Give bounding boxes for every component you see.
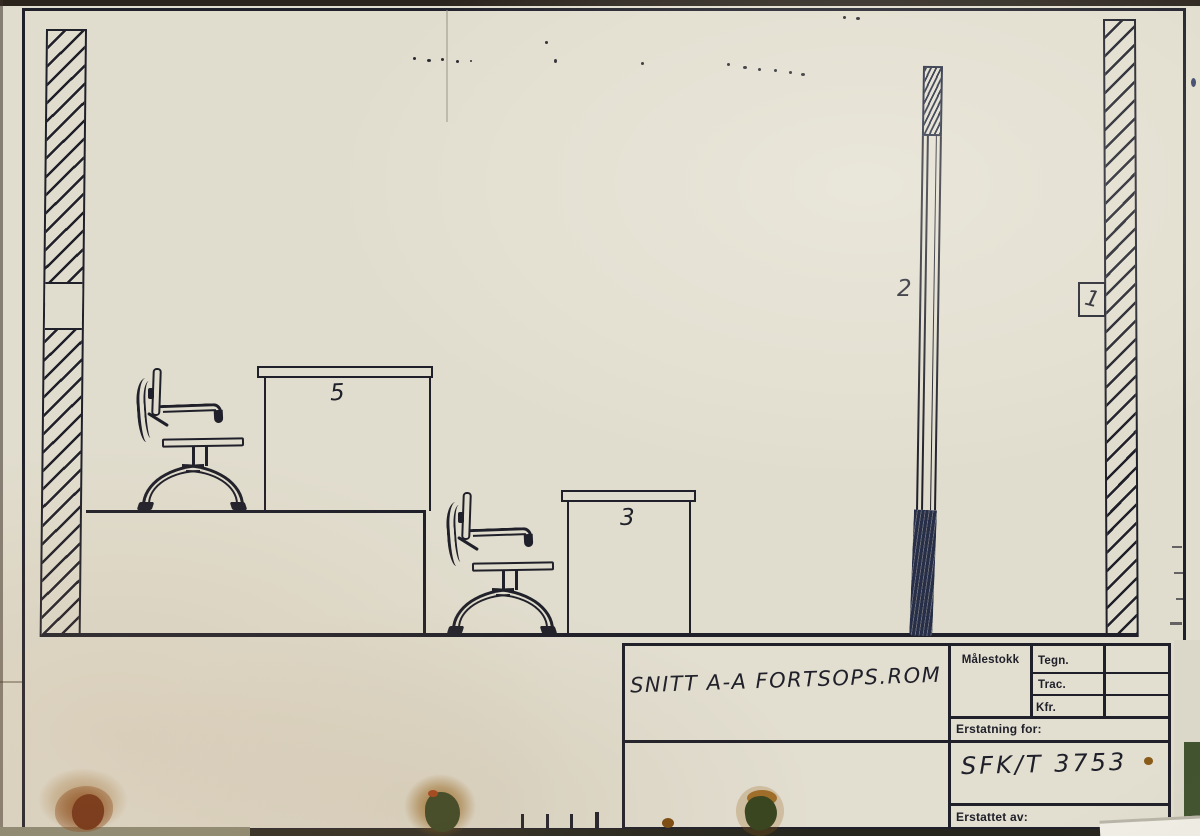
tick-mark [595,812,599,828]
drawing-title: SNITT A-A FORTSOPS.ROM [630,662,949,697]
speckle [427,59,431,62]
stain-dot [1144,757,1153,765]
part-1-label-box: 1 [1078,282,1106,317]
title-block-rule [948,716,1168,719]
fold-tick [1176,598,1186,600]
speckle [843,16,846,19]
speckle [554,59,557,63]
part-label-3: 3 [620,505,636,531]
left-wall-section [40,29,87,637]
drawing-number: SFK/T 3753 [961,748,1128,780]
fold-tick [1174,572,1183,574]
office-chair-on-platform [136,366,250,512]
chair-column [192,446,208,466]
scan-table-bottom-left [0,827,250,836]
title-block-rule [948,803,1168,806]
speckle [641,62,644,65]
chair-caster-right [540,626,558,634]
speckle [470,60,472,62]
speckle [545,41,548,44]
speckle [856,17,860,20]
part-label-5: 5 [329,380,346,407]
chair-caster-right [230,502,248,510]
tick-mark [521,814,524,828]
title-block-divider [1103,646,1106,718]
wall-break-gap [45,282,83,330]
tick-mark [546,814,549,828]
speckle [774,69,777,72]
part-label-1: 1 [1081,283,1102,316]
scan-edge-top [0,0,1200,6]
chair-armrest-end [524,534,534,547]
chair-back-joint [458,512,464,523]
tick-mark [570,814,573,828]
speckle [801,73,805,76]
chair-back-joint [148,388,154,399]
paper-fold-line [0,681,22,683]
stain-dot [662,818,674,828]
scale-label: Målestokk [951,654,1030,666]
speckle [743,66,747,69]
title-block-rule [1030,672,1168,674]
pole-hatched-cap [922,66,943,136]
checked-by-label: Kfr. [1036,702,1056,714]
speckle [789,71,792,74]
speckle [413,57,416,60]
drawn-by-label: Tegn. [1038,655,1069,667]
stain-fleck [428,790,438,797]
punch-hole [425,792,460,832]
fold-tick [1172,546,1182,548]
title-block: SNITT A-A FORTSOPS.ROM Målestokk Tegn. T… [622,643,1171,830]
speckle [727,63,730,66]
paper-crease [446,10,448,122]
speckle [441,58,444,61]
replaced-by-label: Erstattet av: [956,810,1028,824]
chair-leg-right-inner [186,470,238,504]
scan-edge-left [0,0,3,836]
chair-column [502,570,518,590]
speckle [456,60,459,63]
title-block-divider [948,646,951,827]
speckle [758,68,761,71]
chair-caster-left [137,502,155,510]
chair-armrest-end [214,410,224,423]
part-label-2: 2 [897,276,913,302]
office-chair-on-floor [446,490,560,636]
ink-blot [1191,78,1196,87]
seating-platform [86,510,426,634]
title-block-rule [1030,694,1168,696]
traced-by-label: Trac. [1038,679,1066,691]
scanned-drawing-sheet: 5 3 [0,0,1200,836]
fold-tick [1170,622,1182,625]
chair-leg-right-inner [496,594,548,628]
title-block-rule [625,740,1168,743]
chair-caster-left [447,626,465,634]
right-wall-section [1103,19,1139,637]
desk-5-body [264,377,431,511]
pole-dark-base [909,509,937,636]
title-block-divider [1030,646,1033,718]
replacement-for-label: Erstatning for: [956,722,1042,736]
